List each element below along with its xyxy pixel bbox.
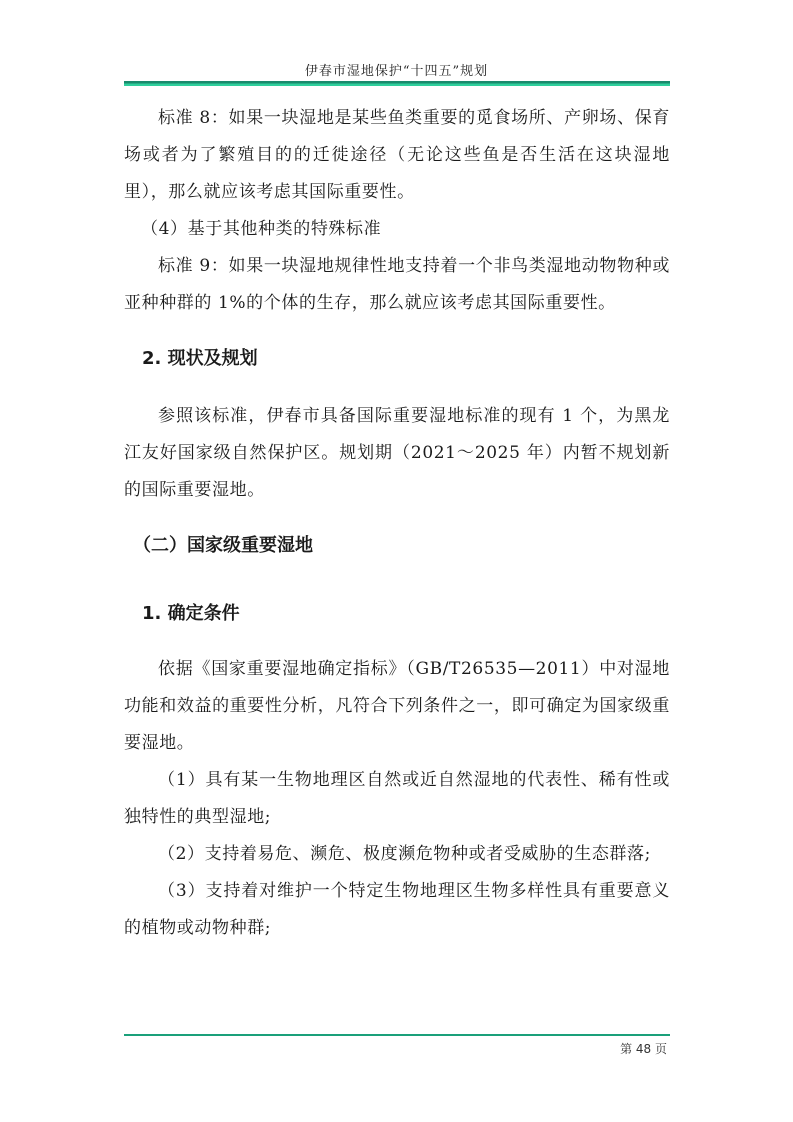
document-header-title: 伊春市湿地保护“十四五”规划 [0,60,793,79]
footer-rule [124,1034,670,1036]
condition-1: （1）具有某一生物地理区自然或近自然湿地的代表性、稀有性或独特性的典型湿地; [124,762,670,836]
condition-3: （3）支持着对维护一个特定生物地理区生物多样性具有重要意义的植物或动物种群; [124,873,670,947]
condition-2: （2）支持着易危、濒危、极度濒危物种或者受威胁的生态群落; [124,836,670,873]
section-national-wetlands: （二）国家级重要湿地 [124,531,670,557]
heading-status-and-plan: 2. 现状及规划 [124,344,670,370]
criterion-8-paragraph: 标准 8：如果一块湿地是某些鱼类重要的觅食场所、产卵场、保育场或者为了繁殖目的的… [124,100,670,211]
category-4-subheading: （4）基于其他种类的特殊标准 [124,211,670,248]
status-paragraph: 参照该标准，伊春市具备国际重要湿地标准的现有 1 个，为黑龙江友好国家级自然保护… [124,398,670,509]
header-rule [124,81,670,86]
page-content: 标准 8：如果一块湿地是某些鱼类重要的觅食场所、产卵场、保育场或者为了繁殖目的的… [124,100,670,947]
heading-criteria: 1. 确定条件 [124,599,670,625]
page-number: 第 48 页 [620,1040,667,1057]
criterion-9-paragraph: 标准 9：如果一块湿地规律性地支持着一个非鸟类湿地动物物种或亚种种群的 1%的个… [124,248,670,322]
basis-paragraph: 依据《国家重要湿地确定指标》（GB/T26535—2011）中对湿地功能和效益的… [124,651,670,762]
